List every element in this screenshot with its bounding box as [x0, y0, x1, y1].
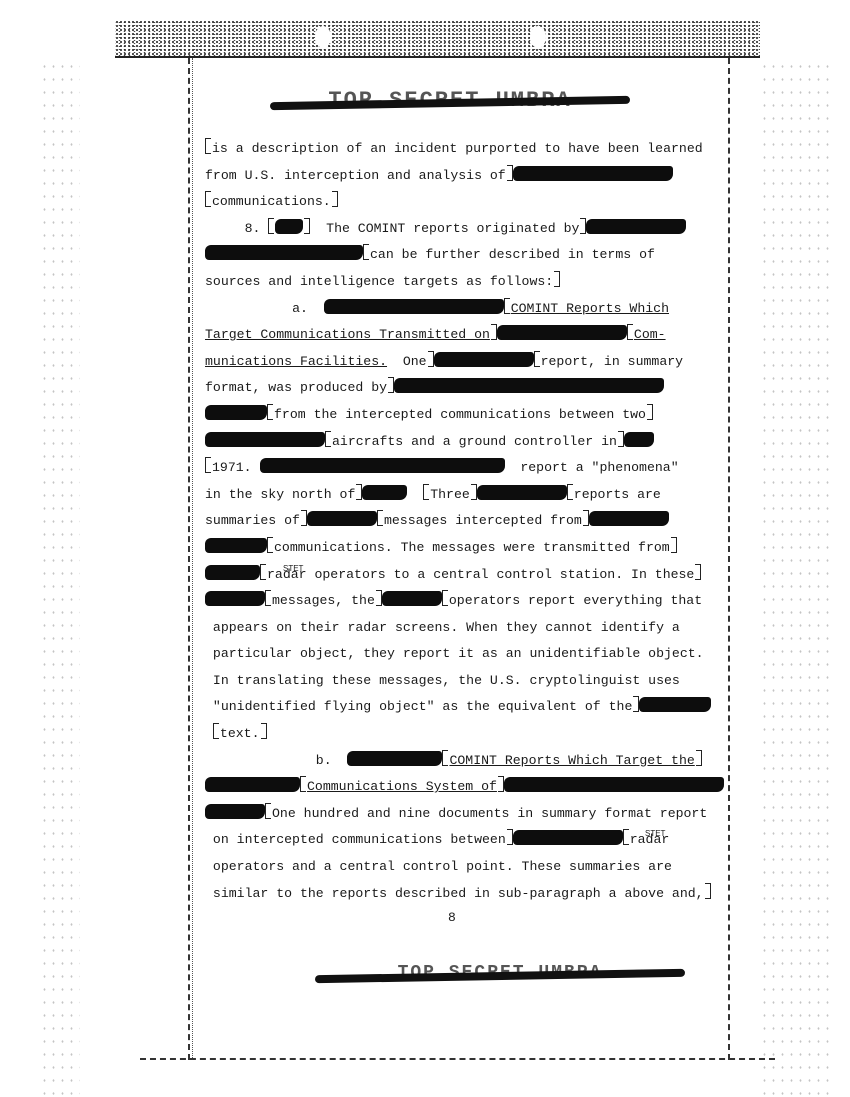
- text-line: appears on their radar screens. When the…: [205, 617, 725, 644]
- text-line: from U.S. interception and analysis of: [205, 165, 725, 192]
- scan-noise-right: [760, 60, 830, 1097]
- text-line: munications Facilities. Onereport, in su…: [205, 351, 725, 378]
- redaction: [434, 352, 534, 367]
- redaction: [205, 432, 325, 447]
- redaction: [324, 299, 504, 314]
- text-line: In translating these messages, the U.S. …: [205, 670, 725, 697]
- text-line: text.: [205, 723, 725, 750]
- classification-footer: TOP SECRET UMBRA: [315, 963, 685, 983]
- text-line: STETradar operators to a central control…: [205, 564, 725, 591]
- text-line: a. COMINT Reports Which: [205, 298, 725, 325]
- page-border-left-inner: [192, 58, 193, 1060]
- text-line: summaries ofmessages intercepted from: [205, 510, 725, 537]
- punch-hole: [315, 26, 331, 48]
- redaction: [504, 777, 724, 792]
- redaction: [205, 538, 267, 553]
- text-line: similar to the reports described in sub-…: [205, 883, 725, 910]
- text-line: Communications System of: [205, 776, 725, 803]
- redaction: [205, 565, 260, 580]
- scan-noise-left: [40, 60, 80, 1097]
- redaction: [205, 777, 300, 792]
- text-line: messages, theoperators report everything…: [205, 590, 725, 617]
- redaction: [589, 511, 669, 526]
- text-line: in the sky north of Threereports are: [205, 484, 725, 511]
- redaction: [205, 245, 363, 260]
- punch-hole: [530, 26, 546, 48]
- page-border-bottom: [140, 1058, 775, 1060]
- text-line: b. COMINT Reports Which Target the: [205, 750, 725, 777]
- text-line: communications.: [205, 191, 725, 218]
- text-line: operators and a central control point. T…: [205, 856, 725, 883]
- redaction: [260, 458, 505, 473]
- document-body: is a description of an incident purporte…: [205, 138, 725, 909]
- redaction: [347, 751, 442, 766]
- stet-annotation: STET: [283, 558, 303, 580]
- text-line: Target Communications Transmitted onCom-: [205, 324, 725, 351]
- page-border-right: [728, 58, 730, 1060]
- stet-annotation: STET: [645, 823, 665, 845]
- redaction: [205, 591, 265, 606]
- classification-header: TOP SECRET UMBRA: [270, 88, 630, 113]
- text-line: 1971. report a "phenomena": [205, 457, 725, 484]
- scan-top-band: [115, 20, 760, 58]
- text-line: format, was produced by: [205, 377, 725, 404]
- redaction: [275, 219, 303, 234]
- redaction: [624, 432, 654, 447]
- redaction: [205, 804, 265, 819]
- text-line: can be further described in terms of: [205, 244, 725, 271]
- redaction: [394, 378, 664, 393]
- redaction: [513, 830, 623, 845]
- text-line: is a description of an incident purporte…: [205, 138, 725, 165]
- redaction: [477, 485, 567, 500]
- text-line: from the intercepted communications betw…: [205, 404, 725, 431]
- page-number: 8: [448, 910, 456, 925]
- text-line: aircrafts and a ground controller in: [205, 431, 725, 458]
- redaction: [362, 485, 407, 500]
- redaction: [513, 166, 673, 181]
- text-line: sources and intelligence targets as foll…: [205, 271, 725, 298]
- redaction: [382, 591, 442, 606]
- text-line: 8. The COMINT reports originated by: [205, 218, 725, 245]
- page-border-left: [188, 58, 190, 1060]
- text-line: on intercepted communications betweenSTE…: [205, 829, 725, 856]
- text-line: "unidentified flying object" as the equi…: [205, 696, 725, 723]
- redaction: [205, 405, 267, 420]
- redaction: [639, 697, 711, 712]
- redaction: [586, 219, 686, 234]
- redaction: [307, 511, 377, 526]
- redaction: [497, 325, 627, 340]
- text-line: particular object, they report it as an …: [205, 643, 725, 670]
